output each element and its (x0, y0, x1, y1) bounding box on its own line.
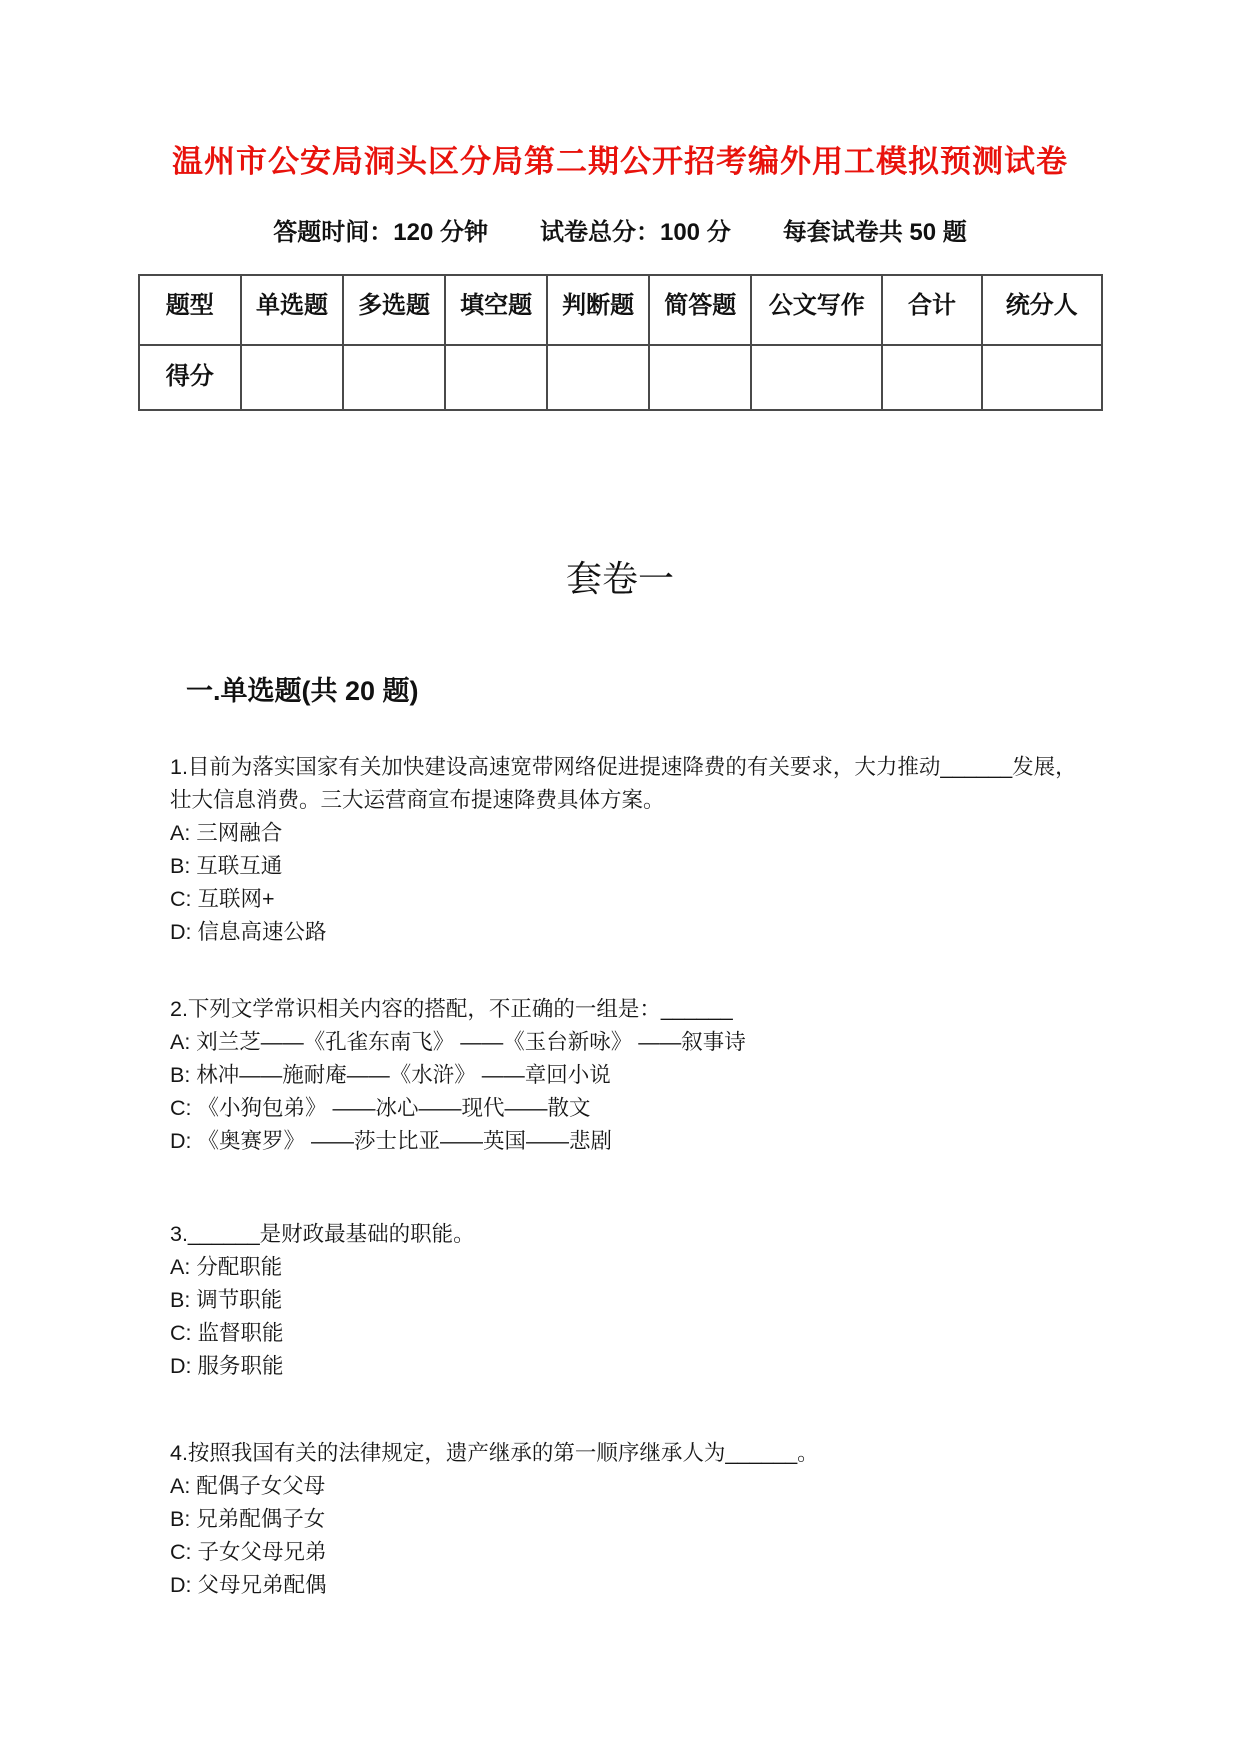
option-c: C: 监督职能 (170, 1317, 1085, 1350)
volume-title: 套卷一 (0, 411, 1240, 601)
option-b: B: 互联互通 (170, 850, 1085, 883)
option-d: D: 服务职能 (170, 1350, 1085, 1383)
score-table-header-cell: 公文写作 (751, 275, 882, 345)
question-stem: 4.按照我国有关的法律规定，遗产继承的第一顺序继承人为______。 (170, 1437, 1085, 1470)
score-table-score-row: 得分 (139, 345, 1102, 410)
score-table: 题型 单选题 多选题 填空题 判断题 简答题 公文写作 合计 统分人 得分 (138, 274, 1103, 411)
option-a: A: 分配职能 (170, 1251, 1085, 1284)
score-table-header-cell: 题型 (139, 275, 242, 345)
score-table-empty-cell (982, 345, 1102, 410)
option-c: C: 《小狗包弟》 ——冰心——现代——散文 (170, 1092, 1085, 1125)
meta-answer-time: 答题时间：120 分钟 (273, 218, 488, 248)
option-d: D: 《奥赛罗》 ——莎士比亚——英国——悲剧 (170, 1125, 1085, 1158)
score-table-header-cell: 单选题 (241, 275, 343, 345)
score-table-header-row: 题型 单选题 多选题 填空题 判断题 简答题 公文写作 合计 统分人 (139, 275, 1102, 345)
exam-meta-line: 答题时间：120 分钟 试卷总分：100 分 每套试卷共 50 题 (0, 218, 1240, 248)
option-d: D: 父母兄弟配偶 (170, 1569, 1085, 1602)
question-4: 4.按照我国有关的法律规定，遗产继承的第一顺序继承人为______。 A: 配偶… (170, 1437, 1085, 1602)
score-table-empty-cell (882, 345, 982, 410)
score-table-empty-cell (547, 345, 649, 410)
meta-total-score: 试卷总分：100 分 (540, 218, 731, 248)
question-3: 3.______是财政最基础的职能。 A: 分配职能 B: 调节职能 C: 监督… (170, 1218, 1085, 1383)
option-a: A: 三网融合 (170, 817, 1085, 850)
question-stem: 1.目前为落实国家有关加快建设高速宽带网络促进提速降费的有关要求，大力推动___… (170, 751, 1085, 817)
page-title: 温州市公安局洞头区分局第二期公开招考编外用工模拟预测试卷 (0, 0, 1240, 182)
exam-paper-page: 温州市公安局洞头区分局第二期公开招考编外用工模拟预测试卷 答题时间：120 分钟… (0, 0, 1240, 1753)
score-table-empty-cell (751, 345, 882, 410)
score-table-empty-cell (241, 345, 343, 410)
score-table-empty-cell (343, 345, 445, 410)
section-heading-single-choice: 一.单选题(共 20 题) (186, 673, 1240, 709)
score-table-header-cell: 简答题 (649, 275, 751, 345)
score-table-header-cell: 多选题 (343, 275, 445, 345)
option-b: B: 林冲——施耐庵——《水浒》 ——章回小说 (170, 1059, 1085, 1092)
option-c: C: 互联网+ (170, 883, 1085, 916)
score-table-header-cell: 判断题 (547, 275, 649, 345)
question-list: 1.目前为落实国家有关加快建设高速宽带网络促进提速降费的有关要求，大力推动___… (170, 751, 1085, 1602)
option-b: B: 兄弟配偶子女 (170, 1503, 1085, 1536)
score-table-header-cell: 合计 (882, 275, 982, 345)
score-table-empty-cell (649, 345, 751, 410)
option-c: C: 子女父母兄弟 (170, 1536, 1085, 1569)
meta-question-count: 每套试卷共 50 题 (783, 218, 967, 248)
question-stem: 2.下列文学常识相关内容的搭配，不正确的一组是：______ (170, 993, 1085, 1026)
score-table-header-cell: 填空题 (445, 275, 547, 345)
option-a: A: 配偶子女父母 (170, 1470, 1085, 1503)
option-d: D: 信息高速公路 (170, 916, 1085, 949)
question-2: 2.下列文学常识相关内容的搭配，不正确的一组是：______ A: 刘兰芝——《… (170, 993, 1085, 1158)
option-b: B: 调节职能 (170, 1284, 1085, 1317)
option-a: A: 刘兰芝——《孔雀东南飞》 ——《玉台新咏》 ——叙事诗 (170, 1026, 1085, 1059)
question-stem: 3.______是财政最基础的职能。 (170, 1218, 1085, 1251)
question-1: 1.目前为落实国家有关加快建设高速宽带网络促进提速降费的有关要求，大力推动___… (170, 751, 1085, 949)
score-table-header-cell: 统分人 (982, 275, 1102, 345)
score-table-empty-cell (445, 345, 547, 410)
score-row-label: 得分 (139, 345, 242, 410)
